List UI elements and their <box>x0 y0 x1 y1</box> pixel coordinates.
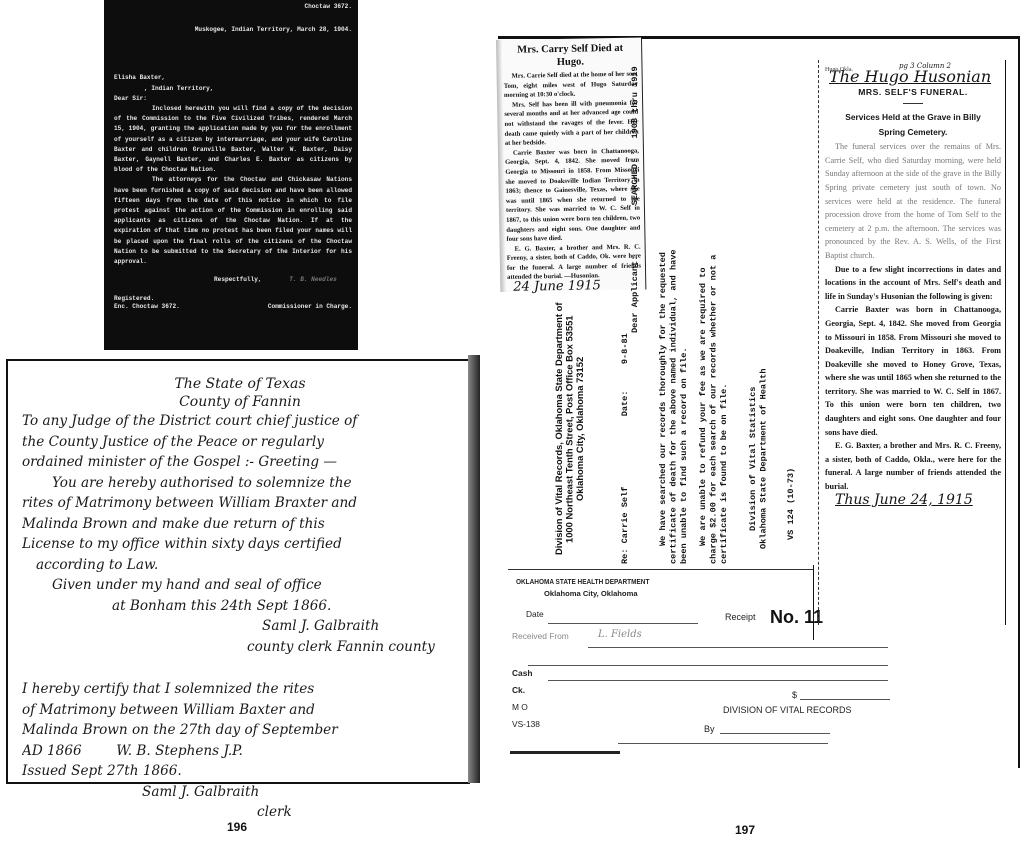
receipt-check-label: Ck. <box>512 685 525 695</box>
funeral-headline: MRS. SELF'S FUNERAL. <box>825 86 1001 100</box>
license-line: To any Judge of the District court chief… <box>22 411 458 432</box>
license-line: according to Law. <box>22 555 458 576</box>
license-line: License to my office within sixty days c… <box>22 534 458 555</box>
license-clerk-title: county clerk Fannin county <box>22 637 458 658</box>
receipt-label: Receipt <box>725 612 756 622</box>
return-line: Issued Sept 27th 1866. <box>22 761 458 782</box>
letter-dateline: Muskogee, Indian Territory, March 28, 19… <box>114 25 352 35</box>
license-line: rites of Matrimony between William Braxt… <box>22 493 458 514</box>
receipt-org: OKLAHOMA STATE HEALTH DEPARTMENT <box>516 577 649 586</box>
letter-paragraph: The attorneys for the Choctaw and Chicka… <box>114 175 352 267</box>
letter-salutation: Dear Sir: <box>114 94 352 104</box>
letter-enclosure: Enc. Choctaw 3672. <box>114 303 180 311</box>
page-number-left: 196 <box>227 820 247 834</box>
letter-paragraph: Inclosed herewith you will find a copy o… <box>114 104 352 175</box>
receipt-received-from-value: L. Fields <box>598 629 642 640</box>
license-clerk-signature: Saml J. Galbraith <box>22 616 458 637</box>
receipt-received-from-label: Received From <box>512 631 569 641</box>
page-binding-shadow <box>468 355 480 783</box>
obituary-clipping-husonian: Hugo Okla. pg 3 Column 2 The Hugo Husoni… <box>818 60 1006 625</box>
vital-records-signoff: Division of Vital Statistics Oklahoma St… <box>748 334 772 564</box>
license-line: ordained minister of the Gospel :- Greet… <box>22 452 458 473</box>
return-clerk-signature: Saml J. Galbraith <box>22 782 458 803</box>
receipt-mo-label: M O <box>512 702 528 712</box>
license-heading-state: The State of Texas <box>22 375 458 393</box>
license-line: You are hereby authorised to solemnize t… <box>22 473 458 494</box>
salutation: Dear Applicant: <box>630 256 640 333</box>
funeral-paragraph: The funeral services over the remains of… <box>825 140 1001 262</box>
re-label: Re: Carrie Self <box>620 487 630 564</box>
letter-registered: Registered. <box>114 295 352 303</box>
funeral-paragraph: Due to a few slight incorrections in dat… <box>825 263 1001 304</box>
letter-signature: T. B. Needles <box>289 275 337 285</box>
obituary-paragraph: Mrs. Self has been ill with pneumonia fo… <box>504 98 639 148</box>
masthead-page-note: pg 3 Column 2 <box>899 60 951 74</box>
return-line: Malinda Brown on the 27th day of Septemb… <box>22 720 458 741</box>
receipt-form-code: VS-138 <box>512 719 540 729</box>
searched-label: SEARCHED: <box>630 159 640 205</box>
vital-records-letter: Division of Vital Records, Oklahoma Stat… <box>548 294 810 564</box>
receipt-dollar-label: $ <box>792 690 797 700</box>
license-line: at Bonham this 24th Sept 1866. <box>22 596 458 617</box>
receipt-date-label: Date <box>526 609 544 619</box>
date-value: 9-8-81 <box>620 333 630 364</box>
return-line: of Matrimony between William Baxter and <box>22 700 458 721</box>
funeral-paragraph: Carrie Baxter was born in Chattanooga, G… <box>825 303 1001 439</box>
vital-records-re-line: Re: Carrie Self Date: 9-8-81 Dear Applic… <box>620 294 660 564</box>
page-number-right: 197 <box>735 823 755 837</box>
return-line: AD 1866 W. B. Stephens J.P. <box>22 741 458 762</box>
vital-records-body-2: We are unable to refund your fee as we a… <box>698 294 732 564</box>
funeral-subhead: Services Held at the Grave in Billy <box>825 110 1001 125</box>
license-heading-county: County of Fannin <box>22 393 458 411</box>
letter-addressee-place: , Indian Territory, <box>114 84 352 94</box>
obituary-handwritten-date: 24 June 1915 <box>513 281 601 292</box>
date-label: Date: <box>620 391 630 417</box>
obituary-paragraph: Mrs. Carrie Self died at the home of her… <box>504 70 638 101</box>
funeral-paragraph: E. G. Baxter, a brother and Mrs. R. C. F… <box>825 439 1001 493</box>
receipt-cash-label: Cash <box>512 668 532 678</box>
letter-closing: Respectfully, <box>214 276 262 283</box>
vital-records-address: Division of Vital Records, Oklahoma Stat… <box>554 294 588 564</box>
funeral-handwritten-date: Thus June 24, 1915 <box>825 494 1001 508</box>
letter-signer-title: Commissioner in Charge. <box>268 303 352 311</box>
return-line: I hereby certify that I solemnized the r… <box>22 679 458 700</box>
letter-addressee-name: Elisha Baxter, <box>114 73 352 83</box>
letter-file-ref: Choctaw 3672. <box>114 2 352 12</box>
license-line: Given under my hand and seal of office <box>22 575 458 596</box>
license-line: the County Justice of the Peace or regul… <box>22 432 458 453</box>
receipt-by-label: By <box>704 724 715 734</box>
marriage-license: The State of Texas County of Fannin To a… <box>6 359 470 784</box>
vital-records-form-code: VS 124 (10-73) <box>786 444 798 564</box>
receipt-division-label: DIVISION OF VITAL RECORDS <box>723 705 852 715</box>
receipt-city: Oklahoma City, Oklahoma <box>544 589 638 598</box>
funeral-subhead: Spring Cemetery. <box>825 125 1001 140</box>
commission-letter: Choctaw 3672. Muskogee, Indian Territory… <box>104 0 358 350</box>
masthead-place: Hugo Okla. <box>825 64 853 78</box>
receipt-number: No. 11 <box>770 607 823 628</box>
license-line: Malinda Brown and make due return of thi… <box>22 514 458 535</box>
obituary-headline: Mrs. Carry Self Died at Hugo. <box>503 42 637 70</box>
vital-records-body-1: We have searched our records thoroughly … <box>658 294 692 564</box>
searched-value: 1908 thru 1919 <box>630 67 640 139</box>
